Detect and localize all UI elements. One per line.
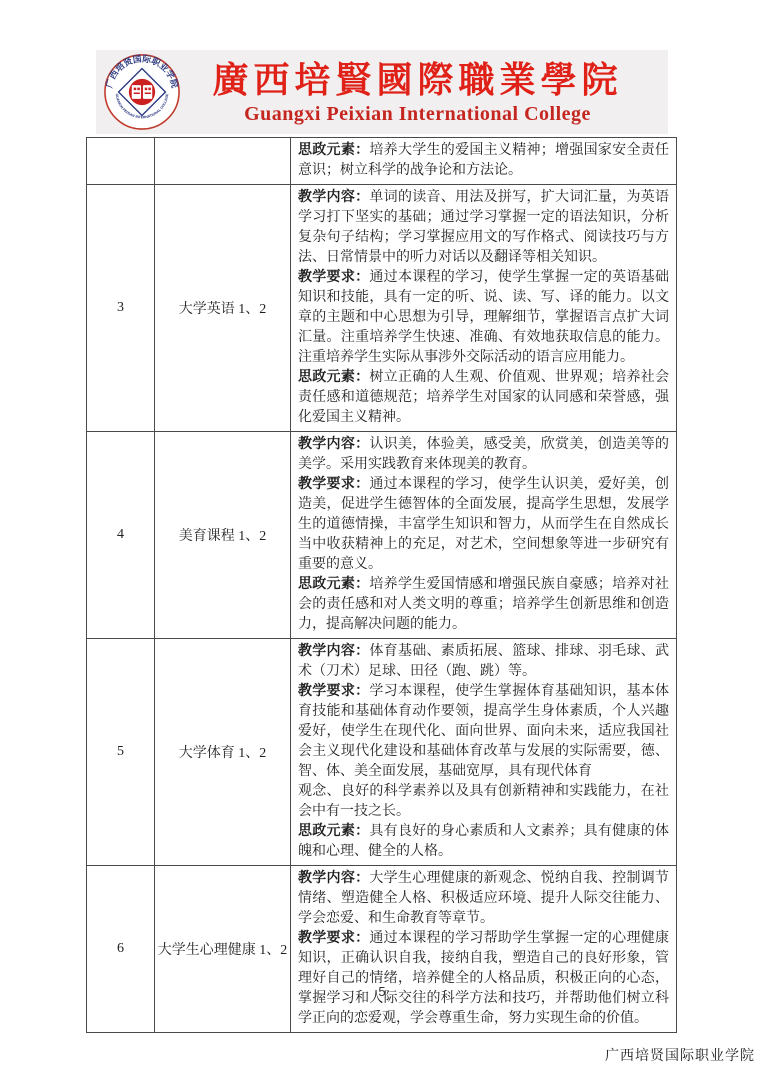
paragraph-label: 教学要求：: [298, 477, 369, 492]
college-logo: 广西培贤国际职业学院 GUANGXI PEIXIAN INTERNATIONAL…: [103, 53, 181, 131]
paragraph: 教学要求：通过本课程的学习，使学生掌握一定的英语基础知识和技能，具有一定的听、说…: [298, 268, 669, 368]
paragraph: 教学要求：通过本课程的学习帮助学生掌握一定的心理健康知识，正确认识自我，接纳自我…: [298, 929, 669, 1029]
paragraph: 教学要求：学习本课程，使学生掌握体育基础知识，基本体育技能和基础体育动作要领，提…: [298, 682, 669, 782]
page-number: 5: [0, 984, 764, 999]
college-seal-icon: 广西培贤国际职业学院 GUANGXI PEIXIAN INTERNATIONAL…: [103, 53, 181, 131]
course-name-cell: 大学英语 1、2: [155, 185, 291, 432]
course-name-cell: 美育课程 1、2: [155, 432, 291, 639]
paragraph-label: 教学内容：: [298, 644, 369, 659]
course-number-cell: 3: [87, 185, 155, 432]
paragraph: 观念、良好的科学素养以及具有创新精神和实践能力，在社会中有一技之长。: [298, 782, 669, 822]
course-number-cell: 5: [87, 639, 155, 866]
table-row-pe: 5 大学体育 1、2 教学内容：体育基础、素质拓展、篮球、排球、羽毛球、武术（刀…: [87, 639, 677, 866]
course-name-cell: [155, 138, 291, 185]
table-row-aesthetics: 4 美育课程 1、2 教学内容：认识美，体验美，感受美，欣赏美，创造美等的美学。…: [87, 432, 677, 639]
course-number-cell: [87, 138, 155, 185]
paragraph-label: 教学内容：: [298, 190, 369, 205]
course-name-cell: 大学生心理健康 1、2: [155, 866, 291, 1033]
paragraph-label: 教学内容：: [298, 437, 369, 452]
paragraph: 教学要求：通过本课程的学习，使学生认识美，爱好美，创造美，促进学生德智体的全面发…: [298, 475, 669, 575]
paragraph-label: 教学要求：: [298, 931, 369, 946]
table-row-continuation: 思政元素：培养大学生的爱国主义精神；增强国家安全责任意识；树立科学的战争论和方法…: [87, 138, 677, 185]
course-table: 思政元素：培养大学生的爱国主义精神；增强国家安全责任意识；树立科学的战争论和方法…: [86, 137, 677, 1033]
paragraph: 教学内容：体育基础、素质拓展、篮球、排球、羽毛球、武术（刀术）足球、田径（跑、跳…: [298, 642, 669, 682]
table-row-mental-health: 6 大学生心理健康 1、2 教学内容：大学生心理健康的新观念、悦纳自我、控制调节…: [87, 866, 677, 1033]
footer-college-name: 广西培贤国际职业学院: [605, 1045, 755, 1065]
college-name-zh: 廣西培賢國際職業學院: [212, 58, 622, 102]
paragraph-label: 教学内容：: [298, 871, 369, 886]
paragraph: 思政元素：培养大学生的爱国主义精神；增强国家安全责任意识；树立科学的战争论和方法…: [298, 141, 669, 181]
paragraph-label: 教学要求：: [298, 684, 369, 699]
course-detail-cell: 教学内容：单词的读音、用法及拼写，扩大词汇量，为英语学习打下坚实的基础；通过学习…: [291, 185, 677, 432]
paragraph: 思政元素：树立正确的人生观、价值观、世界观；培养社会责任感和道德规范；培养学生对…: [298, 368, 669, 428]
course-detail-cell: 教学内容：认识美，体验美，感受美，欣赏美，创造美等的美学。采用实践教育来体现美的…: [291, 432, 677, 639]
course-detail-cell: 教学内容：体育基础、素质拓展、篮球、排球、羽毛球、武术（刀术）足球、田径（跑、跳…: [291, 639, 677, 866]
paragraph-label: 思政元素：: [298, 370, 369, 385]
paragraph-label: 思政元素：: [298, 143, 369, 158]
course-detail-cell: 教学内容：大学生心理健康的新观念、悦纳自我、控制调节情绪、塑造健全人格、积极适应…: [291, 866, 677, 1033]
paragraph: 教学内容：认识美，体验美，感受美，欣赏美，创造美等的美学。采用实践教育来体现美的…: [298, 435, 669, 475]
paragraph-label: 思政元素：: [298, 577, 369, 592]
paragraph-label: 思政元素：: [298, 824, 369, 839]
paragraph: 思政元素：具有良好的身心素质和人文素养；具有健康的体魄和心理、健全的人格。: [298, 822, 669, 862]
paragraph-label: 教学要求：: [298, 270, 369, 285]
course-number-cell: 6: [87, 866, 155, 1033]
college-name-en: Guangxi Peixian International College: [244, 102, 591, 126]
paragraph: 思政元素：培养学生爱国情感和增强民族自豪感；培养对社会的责任感和对人类文明的尊重…: [298, 575, 669, 635]
course-detail-cell: 思政元素：培养大学生的爱国主义精神；增强国家安全责任意识；树立科学的战争论和方法…: [291, 138, 677, 185]
college-titles: 廣西培賢國際職業學院 Guangxi Peixian International…: [181, 58, 668, 126]
table-row-english: 3 大学英语 1、2 教学内容：单词的读音、用法及拼写，扩大词汇量，为英语学习打…: [87, 185, 677, 432]
college-header: 广西培贤国际职业学院 GUANGXI PEIXIAN INTERNATIONAL…: [96, 50, 668, 134]
course-number-cell: 4: [87, 432, 155, 639]
paragraph: 教学内容：大学生心理健康的新观念、悦纳自我、控制调节情绪、塑造健全人格、积极适应…: [298, 869, 669, 929]
paragraph-text: 观念、良好的科学素养以及具有创新精神和实践能力，在社会中有一技之长。: [298, 784, 669, 819]
paragraph: 教学内容：单词的读音、用法及拼写，扩大词汇量，为英语学习打下坚实的基础；通过学习…: [298, 188, 669, 268]
course-name-cell: 大学体育 1、2: [155, 639, 291, 866]
